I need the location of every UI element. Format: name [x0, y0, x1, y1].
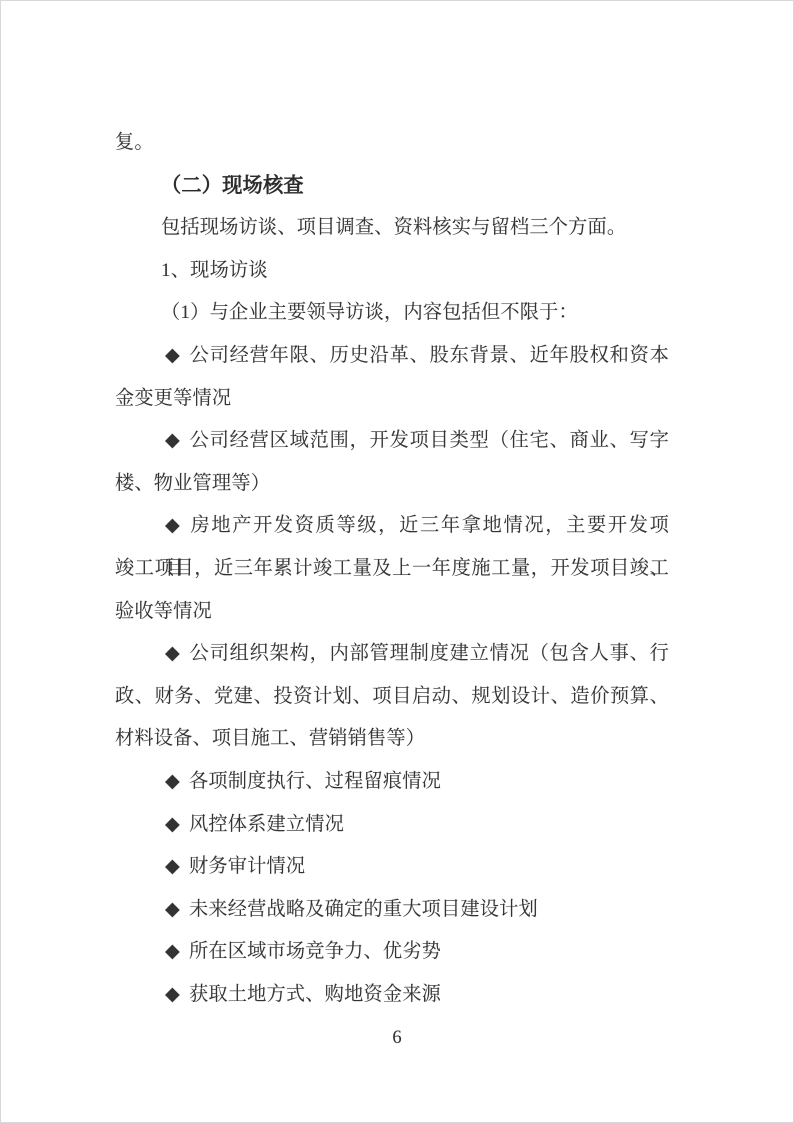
text-line: 楼、物业管理等） — [115, 463, 669, 506]
section-heading: （二）现场核查 — [115, 165, 678, 208]
bullet-diamond-icon: ◆ — [165, 856, 180, 877]
bullet-item: ◆公司经营年限、历史沿革、股东背景、近年股权和资本金变更等情况 — [115, 335, 669, 420]
bullet-item: ◆公司经营区域范围，开发项目类型（住宅、商业、写字楼、物业管理等） — [115, 420, 669, 505]
bullet-item: ◆获取土地方式、购地资金来源 — [115, 974, 669, 1017]
text-line: ◆获取土地方式、购地资金来源 — [115, 974, 669, 1017]
text-line: 金变更等情况 — [115, 378, 669, 421]
text-line: ◆房地产开发资质等级，近三年拿地情况，主要开发项目、 — [115, 505, 669, 548]
paragraph: 1、现场访谈 — [115, 250, 678, 293]
bullet-text: 公司经营区域范围，开发项目类型（住宅、商业、写字 — [190, 430, 669, 451]
text-line: ◆各项制度执行、过程留痕情况 — [115, 761, 669, 804]
text-line: ◆公司组织架构，内部管理制度建立情况（包含人事、行 — [115, 633, 669, 676]
document-page: 复。（二）现场核查包括现场访谈、项目调查、资料核实与留档三个方面。1、现场访谈（… — [0, 0, 794, 1123]
bullet-text: 公司经营年限、历史沿革、股东背景、近年股权和资本 — [190, 345, 669, 366]
text-line: 复。 — [115, 122, 678, 165]
paragraph: （1）与企业主要领导访谈，内容包括但不限于： — [115, 292, 678, 335]
bullet-text: 各项制度执行、过程留痕情况 — [189, 771, 441, 792]
text-line: ◆财务审计情况 — [115, 846, 669, 889]
bullet-item: ◆所在区域市场竞争力、优劣势 — [115, 931, 669, 974]
text-line: 材料设备、项目施工、营销销售等） — [115, 718, 669, 761]
bullet-text: 公司组织架构，内部管理制度建立情况（包含人事、行 — [190, 643, 669, 664]
bullet-diamond-icon: ◆ — [165, 899, 180, 920]
text-line: 1、现场访谈 — [115, 250, 678, 293]
page-number: 6 — [1, 1017, 793, 1060]
bullet-diamond-icon: ◆ — [165, 515, 181, 536]
bullet-diamond-icon: ◆ — [165, 430, 181, 451]
text-line: （1）与企业主要领导访谈，内容包括但不限于： — [115, 292, 678, 335]
bullet-diamond-icon: ◆ — [165, 941, 180, 962]
bullet-text: 获取土地方式、购地资金来源 — [189, 984, 441, 1005]
text-line: ◆所在区域市场竞争力、优劣势 — [115, 931, 669, 974]
page-content: 复。（二）现场核查包括现场访谈、项目调查、资料核实与留档三个方面。1、现场访谈（… — [115, 122, 678, 1016]
bullet-item: ◆公司组织架构，内部管理制度建立情况（包含人事、行政、财务、党建、投资计划、项目… — [115, 633, 669, 761]
text-line: ◆风控体系建立情况 — [115, 804, 669, 847]
bullet-item: ◆房地产开发资质等级，近三年拿地情况，主要开发项目、竣工项目，近三年累计竣工量及… — [115, 505, 669, 633]
bullet-text: 风控体系建立情况 — [189, 814, 344, 835]
bullet-diamond-icon: ◆ — [165, 643, 181, 664]
bullet-item: ◆财务审计情况 — [115, 846, 669, 889]
text-line: 包括现场访谈、项目调查、资料核实与留档三个方面。 — [115, 207, 678, 250]
bullet-diamond-icon: ◆ — [165, 771, 180, 792]
bullet-diamond-icon: ◆ — [165, 345, 181, 366]
text-line: 竣工项目，近三年累计竣工量及上一年度施工量，开发项目竣工 — [115, 548, 669, 591]
bullet-item: ◆未来经营战略及确定的重大项目建设计划 — [115, 889, 669, 932]
bullet-text: 财务审计情况 — [189, 856, 305, 877]
paragraph: 包括现场访谈、项目调查、资料核实与留档三个方面。 — [115, 207, 678, 250]
text-line: 政、财务、党建、投资计划、项目启动、规划设计、造价预算、 — [115, 676, 669, 719]
bullet-item: ◆各项制度执行、过程留痕情况 — [115, 761, 669, 804]
text-line: ◆未来经营战略及确定的重大项目建设计划 — [115, 889, 669, 932]
bullet-text: 所在区域市场竞争力、优劣势 — [189, 941, 441, 962]
bullet-diamond-icon: ◆ — [165, 814, 180, 835]
text-line: ◆公司经营年限、历史沿革、股东背景、近年股权和资本 — [115, 335, 669, 378]
text-line: 验收等情况 — [115, 591, 669, 634]
bullet-diamond-icon: ◆ — [165, 984, 180, 1005]
text-line: ◆公司经营区域范围，开发项目类型（住宅、商业、写字 — [115, 420, 669, 463]
paragraph: 复。 — [115, 122, 678, 165]
bullet-text: 未来经营战略及确定的重大项目建设计划 — [189, 899, 538, 920]
text-line: （二）现场核查 — [115, 165, 678, 208]
bullet-item: ◆风控体系建立情况 — [115, 804, 669, 847]
